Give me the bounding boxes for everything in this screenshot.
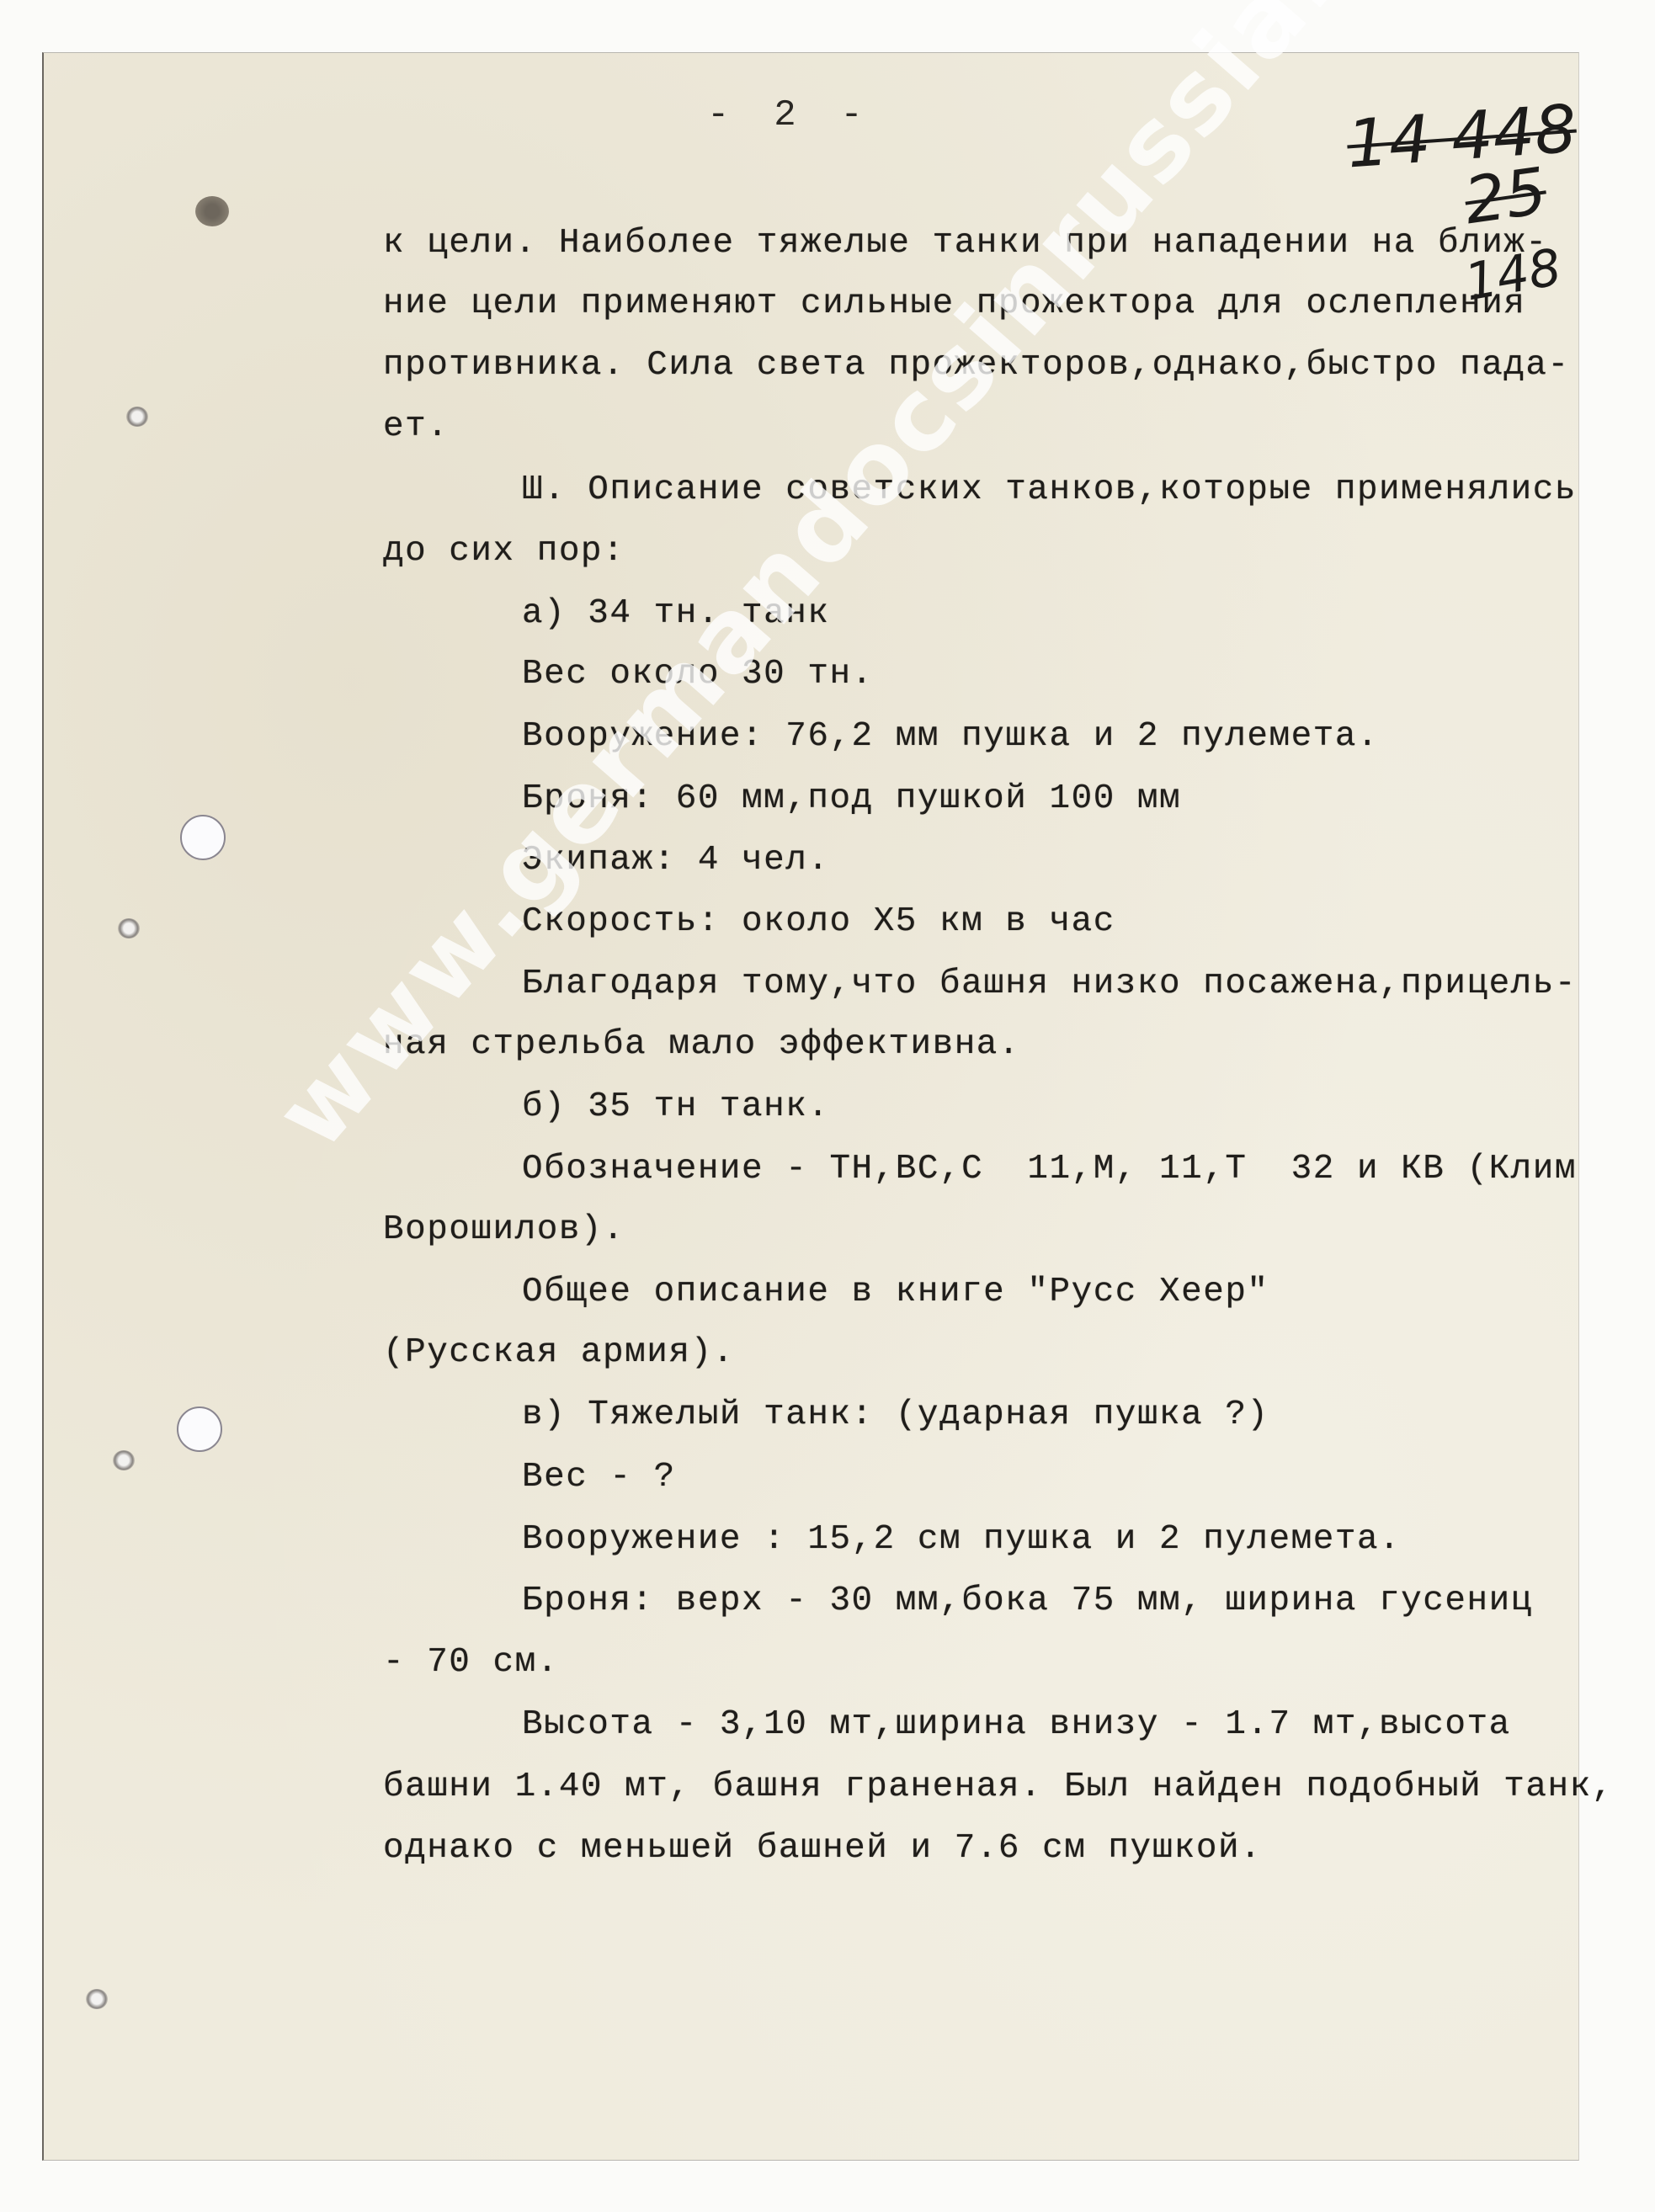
text-line: ние цели применяют сильные прожектора дл…: [383, 284, 1525, 323]
text-line: однако с меньшей башней и 7.6 см пушкой.: [383, 1829, 1262, 1868]
text-line: до сих пор:: [383, 532, 625, 571]
text-line: ная стрельба мало эффективна.: [383, 1025, 1020, 1064]
tank-heading-b: б) 35 тн танк.: [522, 1087, 829, 1126]
text-line: противника. Сила света прожекторов,однак…: [383, 346, 1570, 385]
text-line: Высота - 3,10 мт,ширина внизу - 1.7 мт,в…: [522, 1705, 1511, 1744]
punch-hole-upper: [180, 815, 226, 860]
page-number: - 2 -: [707, 94, 863, 136]
text-line: Общее описание в книге "Русс Хеер": [522, 1273, 1269, 1311]
text-line: Ворошилов).: [383, 1210, 625, 1249]
text-line: Вооружение : 15,2 см пушка и 2 пулемета.: [522, 1520, 1401, 1559]
text-line: Вооружение: 76,2 мм пушка и 2 пулемета.: [522, 717, 1379, 756]
text-line: Вес около 30 тн.: [522, 655, 874, 694]
text-line: Скорость: около Х5 км в час: [522, 902, 1115, 941]
text-line: ет.: [383, 407, 449, 446]
text-line: Броня: верх - 30 мм,бока 75 мм, ширина г…: [522, 1582, 1533, 1620]
tank-heading-c: в) Тяжелый танк: (ударная пушка ?): [522, 1396, 1269, 1434]
paper-speck: [86, 1989, 108, 2009]
text-line: (Русская армия).: [383, 1333, 735, 1372]
paper-speck: [126, 407, 148, 427]
text-line: Благодаря тому,что башня низко посажена,…: [522, 965, 1577, 1003]
text-line: - 70 см.: [383, 1643, 559, 1682]
text-line: башни 1.40 мт, башня граненая. Был найде…: [383, 1768, 1614, 1806]
paper-speck: [118, 918, 140, 939]
ink-stain: [195, 196, 229, 226]
paper-speck: [113, 1450, 135, 1470]
tank-heading-a: а) 34 тн. танк: [522, 594, 829, 633]
text-line: Обозначение - ТН,ВС,С 11,М, 11,Т 32 и КВ…: [522, 1150, 1577, 1188]
punch-hole-lower: [177, 1406, 222, 1452]
text-line: Вес - ?: [522, 1458, 676, 1497]
text-line: Экипаж: 4 чел.: [522, 841, 829, 880]
section-heading: Ш. Описание советских танков,которые при…: [522, 471, 1577, 509]
text-line: Броня: 60 мм,под пушкой 100 мм: [522, 779, 1181, 818]
text-line: к цели. Наиболее тяжелые танки при напад…: [383, 224, 1548, 263]
